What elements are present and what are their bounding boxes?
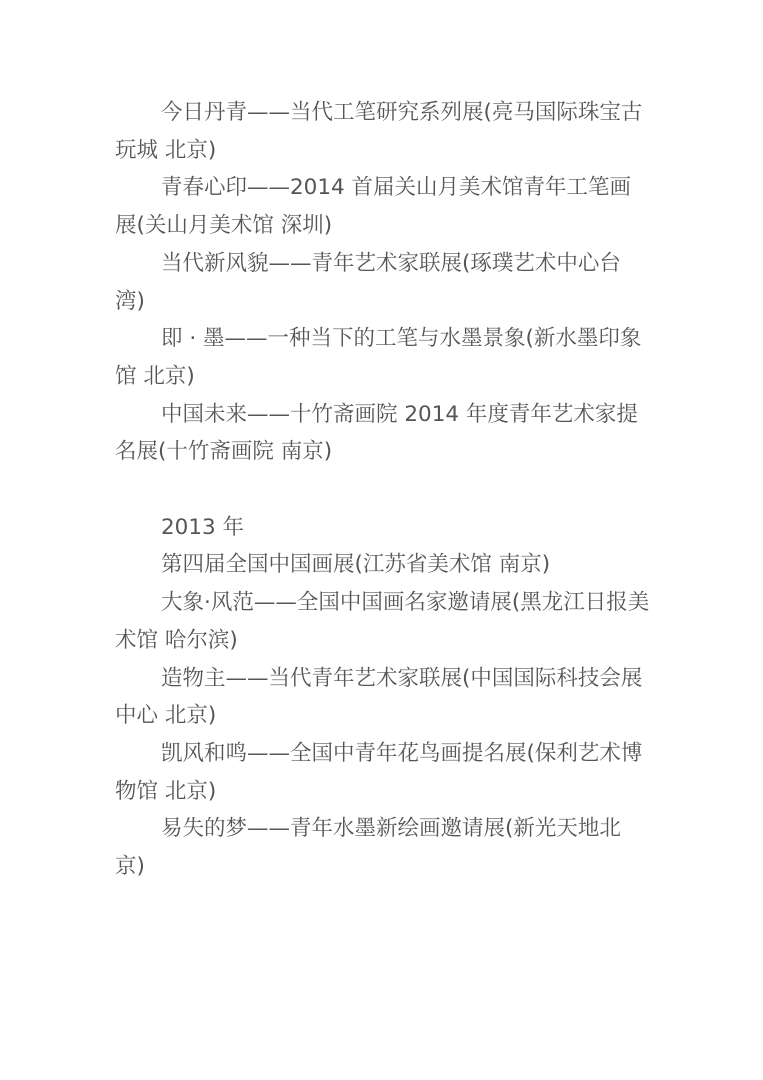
exhibition-entry: 造物主——当代青年艺术家联展(中国国际科技会展中心 北京) [115,660,650,735]
exhibition-entry: 凯风和鸣——全国中青年花鸟画提名展(保利艺术博物馆 北京) [115,735,650,810]
exhibition-entry: 青春心印——2014 首届关山月美术馆青年工笔画展(关山月美术馆 深圳) [115,169,650,244]
exhibition-entry: 易失的梦——青年水墨新绘画邀请展(新光天地北京) [115,810,650,885]
exhibition-entry: 大象·风范——全国中国画名家邀请展(黑龙江日报美术馆 哈尔滨) [115,584,650,659]
year-heading: 2013 年 [115,509,650,547]
exhibition-entry: 当代新风貌——青年艺术家联展(琢璞艺术中心台湾) [115,245,650,320]
section-spacer [115,471,650,509]
exhibition-entry: 第四届全国中国画展(江苏省美术馆 南京) [115,546,650,584]
document-page: 今日丹青——当代工笔研究系列展(亮马国际珠宝古玩城 北京) 青春心印——2014… [115,94,650,886]
exhibition-entry: 中国未来——十竹斋画院 2014 年度青年艺术家提名展(十竹斋画院 南京) [115,396,650,471]
exhibition-entry: 今日丹青——当代工笔研究系列展(亮马国际珠宝古玩城 北京) [115,94,650,169]
exhibition-entry: 即 · 墨——一种当下的工笔与水墨景象(新水墨印象馆 北京) [115,320,650,395]
